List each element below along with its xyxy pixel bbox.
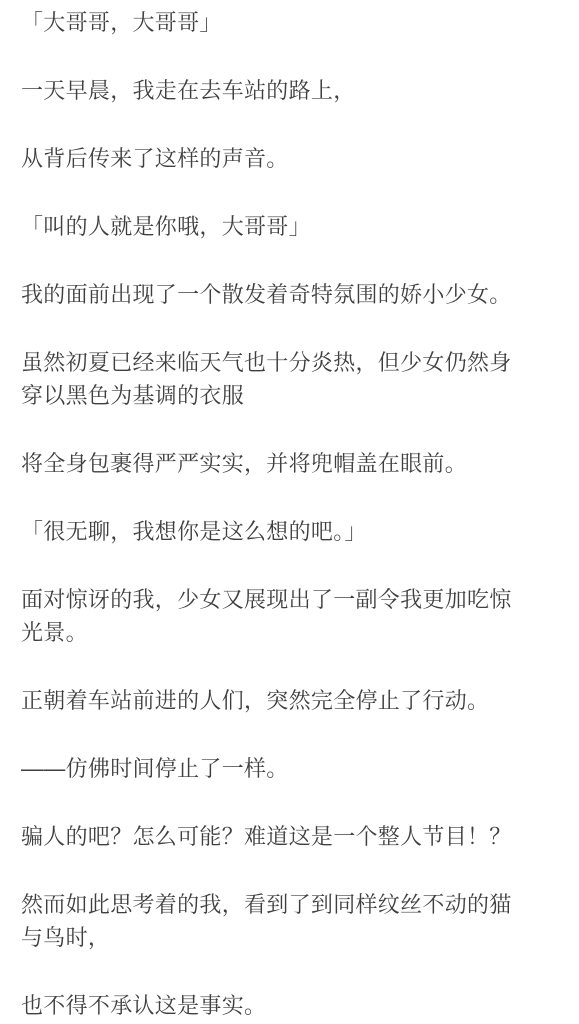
paragraph: 将全身包裹得严严实实，并将兜帽盖在眼前。 <box>21 447 559 480</box>
paragraph-line: 将全身包裹得严严实实，并将兜帽盖在眼前。 <box>21 447 559 480</box>
paragraph: 我的面前出现了一个散发着奇特氛围的娇小少女。 <box>21 278 559 311</box>
paragraph: 虽然初夏已经来临天气也十分炎热，但少女仍然身 穿以黑色为基调的衣服 <box>21 346 559 412</box>
paragraph: 从背后传来了这样的声音。 <box>21 142 559 175</box>
paragraph-line: 穿以黑色为基调的衣服 <box>21 379 559 412</box>
paragraph: 面对惊讶的我，少女又展现出了一副令我更加吃惊 光景。 <box>21 583 559 649</box>
paragraph-line: 光景。 <box>21 616 559 649</box>
paragraph-line: 「很无聊，我想你是这么想的吧。」 <box>21 515 559 548</box>
paragraph-line: ——仿佛时间停止了一样。 <box>21 752 559 785</box>
paragraph: ——仿佛时间停止了一样。 <box>21 752 559 785</box>
paragraph-line: 然而如此思考着的我，看到了到同样纹丝不动的猫 <box>21 888 559 921</box>
paragraph: 骗人的吧？怎么可能？难道这是一个整人节目！？ <box>21 820 559 853</box>
paragraph: 「叫的人就是你哦，大哥哥」 <box>21 210 559 243</box>
paragraph-line: 「大哥哥，大哥哥」 <box>21 6 559 39</box>
paragraph-line: 与鸟时， <box>21 921 559 954</box>
paragraph-line: 正朝着车站前进的人们，突然完全停止了行动。 <box>21 684 559 717</box>
paragraph: 也不得不承认这是事实。 <box>21 989 559 1022</box>
paragraph: 正朝着车站前进的人们，突然完全停止了行动。 <box>21 684 559 717</box>
paragraph-line: 骗人的吧？怎么可能？难道这是一个整人节目！？ <box>21 820 559 853</box>
paragraph-line: 我的面前出现了一个散发着奇特氛围的娇小少女。 <box>21 278 559 311</box>
paragraph-line: 「叫的人就是你哦，大哥哥」 <box>21 210 559 243</box>
paragraph-line: 从背后传来了这样的声音。 <box>21 142 559 175</box>
paragraph-line: 虽然初夏已经来临天气也十分炎热，但少女仍然身 <box>21 346 559 379</box>
paragraph-line: 也不得不承认这是事实。 <box>21 989 559 1022</box>
paragraph: 然而如此思考着的我，看到了到同样纹丝不动的猫 与鸟时， <box>21 888 559 954</box>
paragraph-line: 一天早晨，我走在去车站的路上， <box>21 74 559 107</box>
paragraph: 一天早晨，我走在去车站的路上， <box>21 74 559 107</box>
paragraph: 「大哥哥，大哥哥」 <box>21 6 559 39</box>
paragraph: 「很无聊，我想你是这么想的吧。」 <box>21 515 559 548</box>
novel-text-page: 「大哥哥，大哥哥」 一天早晨，我走在去车站的路上， 从背后传来了这样的声音。 「… <box>0 0 579 1024</box>
paragraph-line: 面对惊讶的我，少女又展现出了一副令我更加吃惊 <box>21 583 559 616</box>
